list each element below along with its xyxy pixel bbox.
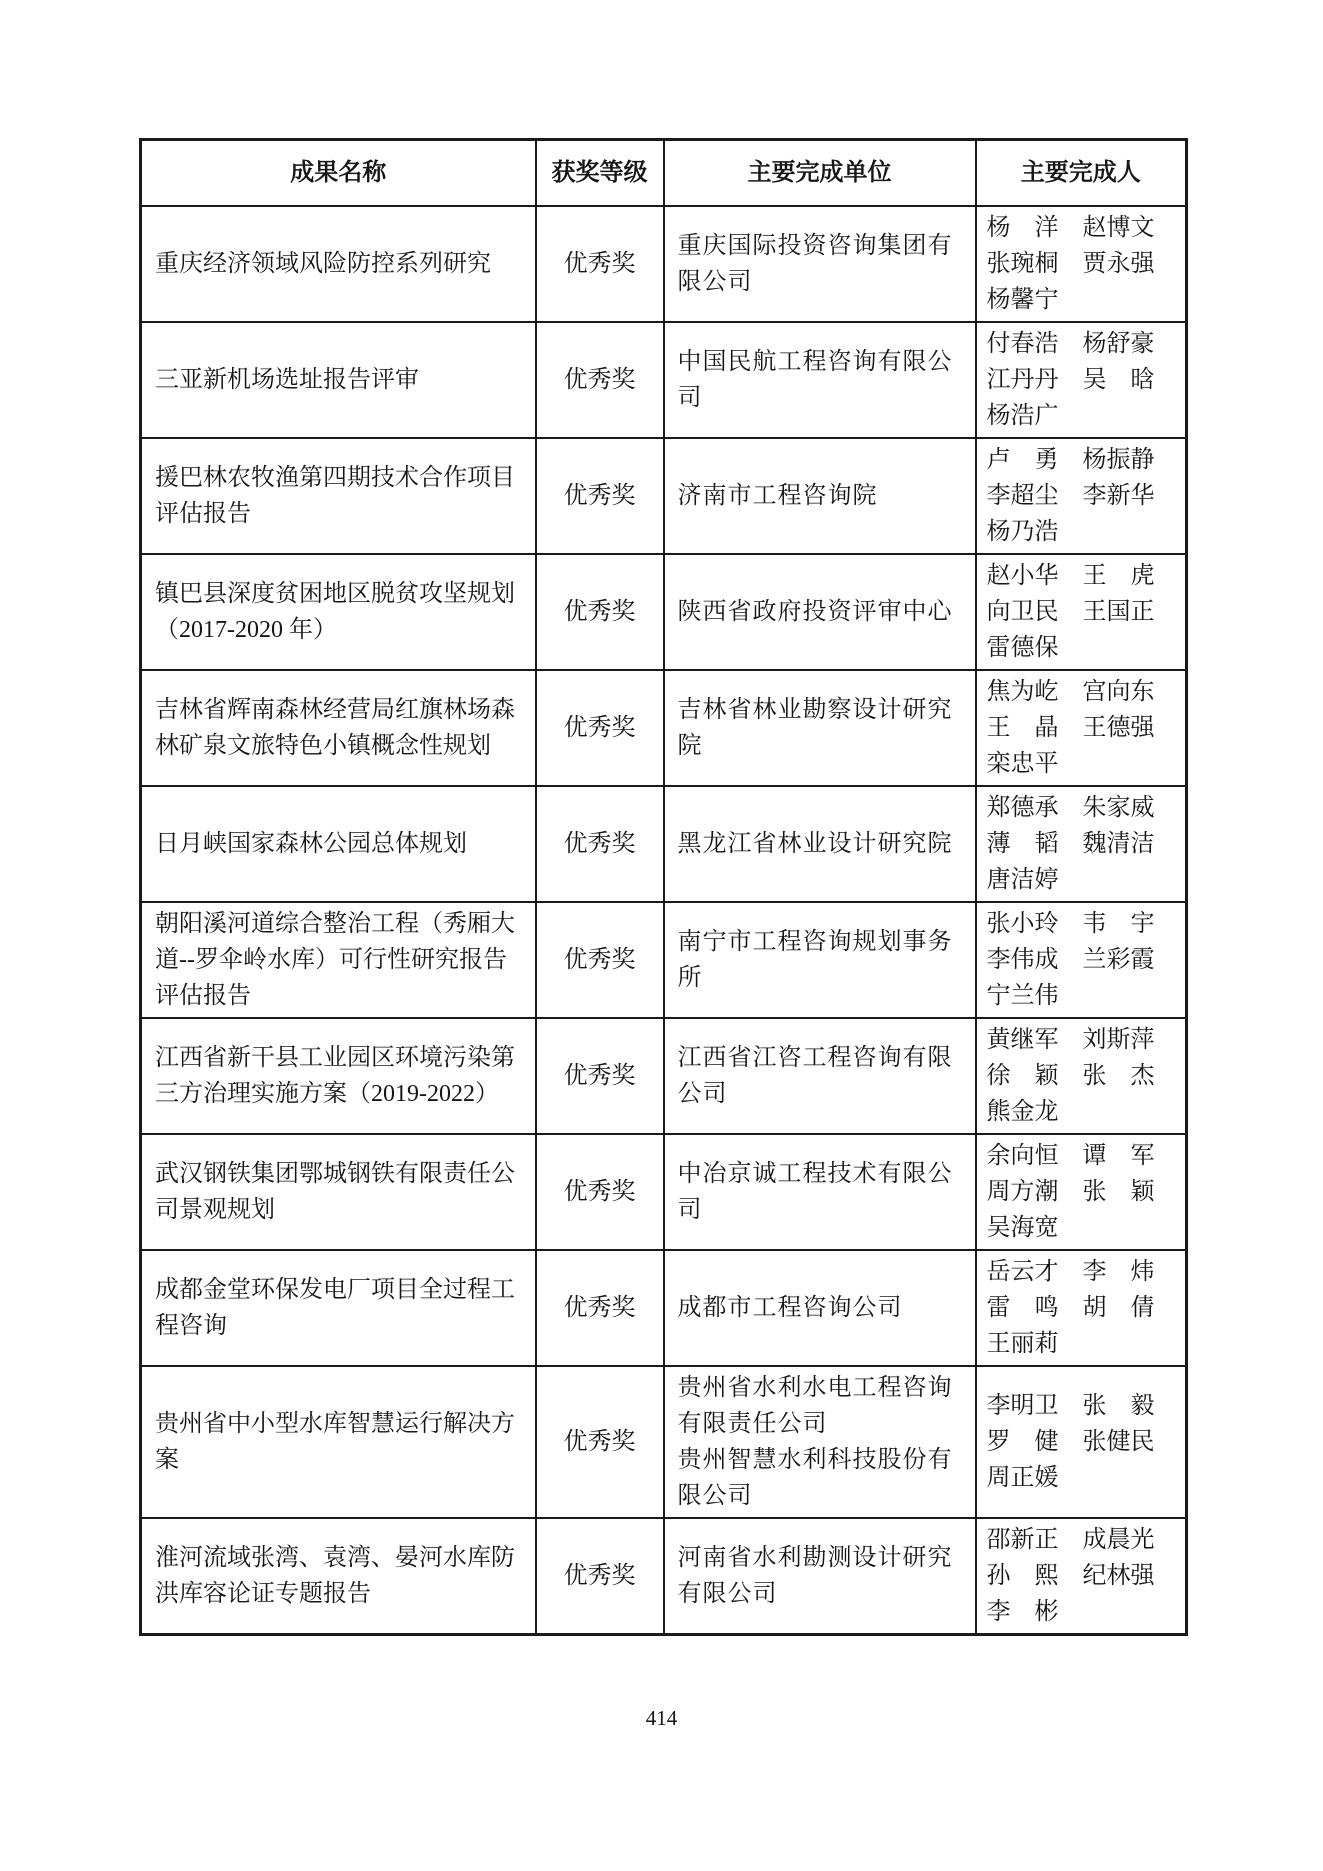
cell-main-people: 赵小华 王 虎 向卫民 王国正 雷德保 — [976, 554, 1187, 670]
cell-achievement-name: 日月峡国家森林公园总体规划 — [141, 786, 536, 902]
cell-achievement-name: 吉林省辉南森林经营局红旗林场森 林矿泉文旅特色小镇概念性规划 — [141, 670, 536, 786]
table-row: 武汉钢铁集团鄂城钢铁有限责任公 司景观规划优秀奖中冶京诚工程技术有限公 司余向恒… — [141, 1134, 1187, 1250]
cell-main-unit: 中国民航工程咨询有限公 司 — [664, 322, 976, 438]
table-row: 江西省新干县工业园区环境污染第 三方治理实施方案（2019-2022）优秀奖江西… — [141, 1018, 1187, 1134]
cell-main-unit: 贵州省水利水电工程咨询 有限责任公司 贵州智慧水利科技股份有 限公司 — [664, 1366, 976, 1518]
cell-award-level: 优秀奖 — [536, 206, 664, 322]
cell-main-people: 邵新正 成晨光 孙 熙 纪林强 李 彬 — [976, 1518, 1187, 1635]
cell-main-unit: 吉林省林业勘察设计研究 院 — [664, 670, 976, 786]
cell-main-unit: 陕西省政府投资评审中心 — [664, 554, 976, 670]
cell-award-level: 优秀奖 — [536, 670, 664, 786]
cell-main-people: 付春浩 杨舒豪 江丹丹 吴 晗 杨浩广 — [976, 322, 1187, 438]
table-row: 日月峡国家森林公园总体规划优秀奖黑龙江省林业设计研究院郑德承 朱家威 薄 韬 魏… — [141, 786, 1187, 902]
table-row: 淮河流域张湾、袁湾、晏河水库防 洪库容论证专题报告优秀奖河南省水利勘测设计研究 … — [141, 1518, 1187, 1635]
cell-achievement-name: 三亚新机场选址报告评审 — [141, 322, 536, 438]
cell-main-unit: 重庆国际投资咨询集团有 限公司 — [664, 206, 976, 322]
header-achievement-name: 成果名称 — [141, 140, 536, 207]
cell-main-unit: 江西省江咨工程咨询有限 公司 — [664, 1018, 976, 1134]
cell-achievement-name: 江西省新干县工业园区环境污染第 三方治理实施方案（2019-2022） — [141, 1018, 536, 1134]
cell-award-level: 优秀奖 — [536, 1250, 664, 1366]
cell-award-level: 优秀奖 — [536, 786, 664, 902]
cell-main-people: 郑德承 朱家威 薄 韬 魏清洁 唐洁婷 — [976, 786, 1187, 902]
cell-main-people: 李明卫 张 毅 罗 健 张健民 周正媛 — [976, 1366, 1187, 1518]
cell-achievement-name: 援巴林农牧渔第四期技术合作项目 评估报告 — [141, 438, 536, 554]
table-header-row: 成果名称 获奖等级 主要完成单位 主要完成人 — [141, 140, 1187, 207]
table-row: 三亚新机场选址报告评审优秀奖中国民航工程咨询有限公 司付春浩 杨舒豪 江丹丹 吴… — [141, 322, 1187, 438]
cell-achievement-name: 镇巴县深度贫困地区脱贫攻坚规划 （2017-2020 年） — [141, 554, 536, 670]
cell-main-unit: 黑龙江省林业设计研究院 — [664, 786, 976, 902]
header-main-people: 主要完成人 — [976, 140, 1187, 207]
table-row: 朝阳溪河道综合整治工程（秀厢大 道--罗伞岭水库）可行性研究报告 评估报告优秀奖… — [141, 902, 1187, 1018]
table-row: 成都金堂环保发电厂项目全过程工 程咨询优秀奖成都市工程咨询公司岳云才 李 炜 雷… — [141, 1250, 1187, 1366]
cell-achievement-name: 朝阳溪河道综合整治工程（秀厢大 道--罗伞岭水库）可行性研究报告 评估报告 — [141, 902, 536, 1018]
cell-award-level: 优秀奖 — [536, 902, 664, 1018]
cell-main-people: 张小玲 韦 宇 李伟成 兰彩霞 宁兰伟 — [976, 902, 1187, 1018]
table-row: 重庆经济领域风险防控系列研究优秀奖重庆国际投资咨询集团有 限公司杨 洋 赵博文 … — [141, 206, 1187, 322]
cell-main-unit: 河南省水利勘测设计研究 有限公司 — [664, 1518, 976, 1635]
cell-main-people: 岳云才 李 炜 雷 鸣 胡 倩 王丽莉 — [976, 1250, 1187, 1366]
cell-main-unit: 成都市工程咨询公司 — [664, 1250, 976, 1366]
cell-award-level: 优秀奖 — [536, 1518, 664, 1635]
awards-table-container: 成果名称 获奖等级 主要完成单位 主要完成人 重庆经济领域风险防控系列研究优秀奖… — [139, 138, 1185, 1636]
cell-main-people: 余向恒 谭 军 周方潮 张 颖 吴海宽 — [976, 1134, 1187, 1250]
cell-achievement-name: 重庆经济领域风险防控系列研究 — [141, 206, 536, 322]
cell-main-unit: 济南市工程咨询院 — [664, 438, 976, 554]
table-row: 镇巴县深度贫困地区脱贫攻坚规划 （2017-2020 年）优秀奖陕西省政府投资评… — [141, 554, 1187, 670]
table-row: 贵州省中小型水库智慧运行解决方 案优秀奖贵州省水利水电工程咨询 有限责任公司 贵… — [141, 1366, 1187, 1518]
cell-main-people: 黄继军 刘斯萍 徐 颖 张 杰 熊金龙 — [976, 1018, 1187, 1134]
cell-award-level: 优秀奖 — [536, 322, 664, 438]
cell-award-level: 优秀奖 — [536, 438, 664, 554]
table-row: 援巴林农牧渔第四期技术合作项目 评估报告优秀奖济南市工程咨询院卢 勇 杨振静 李… — [141, 438, 1187, 554]
header-award-level: 获奖等级 — [536, 140, 664, 207]
cell-award-level: 优秀奖 — [536, 1018, 664, 1134]
cell-main-people: 焦为屹 宫向东 王 晶 王德强 栾忠平 — [976, 670, 1187, 786]
cell-main-people: 卢 勇 杨振静 李超尘 李新华 杨乃浩 — [976, 438, 1187, 554]
page-number: 414 — [0, 1706, 1323, 1731]
cell-award-level: 优秀奖 — [536, 1134, 664, 1250]
awards-table: 成果名称 获奖等级 主要完成单位 主要完成人 重庆经济领域风险防控系列研究优秀奖… — [139, 138, 1188, 1636]
cell-main-unit: 中冶京诚工程技术有限公 司 — [664, 1134, 976, 1250]
cell-achievement-name: 武汉钢铁集团鄂城钢铁有限责任公 司景观规划 — [141, 1134, 536, 1250]
table-row: 吉林省辉南森林经营局红旗林场森 林矿泉文旅特色小镇概念性规划优秀奖吉林省林业勘察… — [141, 670, 1187, 786]
header-main-unit: 主要完成单位 — [664, 140, 976, 207]
cell-award-level: 优秀奖 — [536, 1366, 664, 1518]
cell-award-level: 优秀奖 — [536, 554, 664, 670]
cell-achievement-name: 贵州省中小型水库智慧运行解决方 案 — [141, 1366, 536, 1518]
cell-achievement-name: 成都金堂环保发电厂项目全过程工 程咨询 — [141, 1250, 536, 1366]
cell-achievement-name: 淮河流域张湾、袁湾、晏河水库防 洪库容论证专题报告 — [141, 1518, 536, 1635]
cell-main-unit: 南宁市工程咨询规划事务 所 — [664, 902, 976, 1018]
cell-main-people: 杨 洋 赵博文 张琬桐 贾永强 杨馨宁 — [976, 206, 1187, 322]
